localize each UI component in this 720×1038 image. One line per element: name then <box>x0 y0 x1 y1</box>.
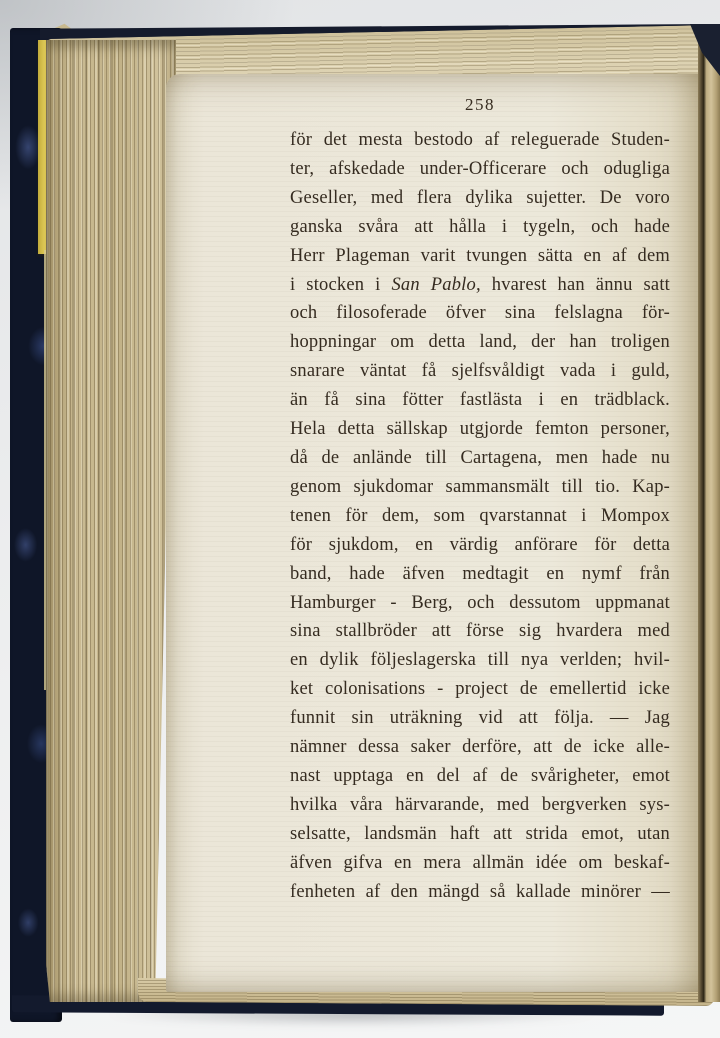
text-segment: ter, afskedade under-Officerare och odug… <box>290 159 670 179</box>
text-line: ket colonisations - project de emellerti… <box>290 675 670 704</box>
text-segment: äfven gifva en mera allmän idée om beska… <box>290 853 670 873</box>
text-segment: funnit sin uträkning vid att följa. — Ja… <box>290 708 670 728</box>
text-line: snarare väntat få sjelfsvåldigt vada i g… <box>290 357 670 386</box>
text-segment: och filosoferade öfver sina felslagna fö… <box>290 303 670 323</box>
text-line: då de anlände till Cartagena, men hade n… <box>290 444 670 473</box>
text-segment: för det mesta bestodo af releguerade Stu… <box>290 130 670 150</box>
text-line: funnit sin uträkning vid att följa. — Ja… <box>290 704 670 733</box>
text-segment: då de anlände till Cartagena, men hade n… <box>290 448 670 468</box>
text-line: band, hade äfven medtagit en nymf från <box>290 560 670 589</box>
text-segment: ganska svåra att hålla i tygeln, och had… <box>290 217 670 237</box>
text-segment: Hamburger - Berg, och dessutom uppmanat <box>290 593 670 613</box>
text-line: hoppningar om detta land, der han trolig… <box>290 328 670 357</box>
text-segment: nast upptaga en del af de svårigheter, e… <box>290 766 670 786</box>
text-line: genom sjukdomar sammansmält till tio. Ka… <box>290 473 670 502</box>
text-segment: Geseller, med flera dylika sujetter. De … <box>290 188 670 208</box>
text-segment: en dylik följeslagerska till nya verlden… <box>290 650 670 670</box>
text-line: fenheten af den mängd så kallade minörer… <box>290 878 670 907</box>
text-line: sina stallbröder att förse sig hvardera … <box>290 617 670 646</box>
text-segment: tenen för dem, som qvarstannat i Mompox <box>290 506 670 526</box>
text-line: för det mesta bestodo af releguerade Stu… <box>290 126 670 155</box>
text-line: äfven gifva en mera allmän idée om beska… <box>290 849 670 878</box>
text-segment: genom sjukdomar sammansmält till tio. Ka… <box>290 477 670 497</box>
page-stack-fore-edges <box>46 40 176 1002</box>
text-line: tenen för dem, som qvarstannat i Mompox <box>290 502 670 531</box>
text-line: Hela detta sällskap utgjorde femton pers… <box>290 415 670 444</box>
text-line: nast upptaga en del af de svårigheter, e… <box>290 762 670 791</box>
text-segment: än få sina fötter fastlästa i en trädbla… <box>290 390 670 410</box>
text-segment: hvilka våra härvarande, med bergverken s… <box>290 795 670 815</box>
text-segment: Hela detta sällskap utgjorde femton pers… <box>290 419 670 439</box>
text-line: än få sina fötter fastlästa i en trädbla… <box>290 386 670 415</box>
text-segment: selsatte, landsmän haft att strida emot,… <box>290 824 670 844</box>
text-segment: hvarest han ännu satt <box>481 275 670 295</box>
book-gutter-spine <box>698 28 720 1002</box>
text-segment: ket colonisations - project de emellerti… <box>290 679 670 699</box>
text-line: och filosoferade öfver sina felslagna fö… <box>290 299 670 328</box>
text-line: Herr Plageman varit tvungen sätta en af … <box>290 242 670 271</box>
text-segment: nämner dessa saker derföre, att de icke … <box>290 737 670 757</box>
text-segment: snarare väntat få sjelfsvåldigt vada i g… <box>290 361 670 381</box>
text-segment: fenheten af den mängd så kallade minörer… <box>290 882 670 902</box>
photo-backdrop: 258 för det mesta bestodo af releguerade… <box>0 0 720 1038</box>
text-segment: Herr Plageman varit tvungen sätta en af … <box>290 246 670 266</box>
text-line: i stocken i San Pablo, hvarest han ännu … <box>290 271 670 300</box>
text-line: en dylik följeslagerska till nya verlden… <box>290 646 670 675</box>
text-segment: för sjukdom, en värdig anförare för dett… <box>290 535 670 555</box>
text-line: Hamburger - Berg, och dessutom uppmanat <box>290 589 670 618</box>
text-segment: sina stallbröder att förse sig hvardera … <box>290 621 670 641</box>
text-line: nämner dessa saker derföre, att de icke … <box>290 733 670 762</box>
page-number: 258 <box>290 95 670 115</box>
text-line: Geseller, med flera dylika sujetter. De … <box>290 184 670 213</box>
text-line: hvilka våra härvarande, med bergverken s… <box>290 791 670 820</box>
text-line: ter, afskedade under-Officerare och odug… <box>290 155 670 184</box>
text-segment: i stocken i <box>290 275 391 295</box>
page-text: för det mesta bestodo af releguerade Stu… <box>290 126 670 906</box>
text-segment: band, hade äfven medtagit en nymf från <box>290 564 670 584</box>
text-line: för sjukdom, en värdig anförare för dett… <box>290 531 670 560</box>
text-line: selsatte, landsmän haft att strida emot,… <box>290 820 670 849</box>
text-segment: hoppningar om detta land, der han trolig… <box>290 332 670 352</box>
italic-place-name: San Pablo, <box>391 275 480 295</box>
text-line: ganska svåra att hålla i tygeln, och had… <box>290 213 670 242</box>
